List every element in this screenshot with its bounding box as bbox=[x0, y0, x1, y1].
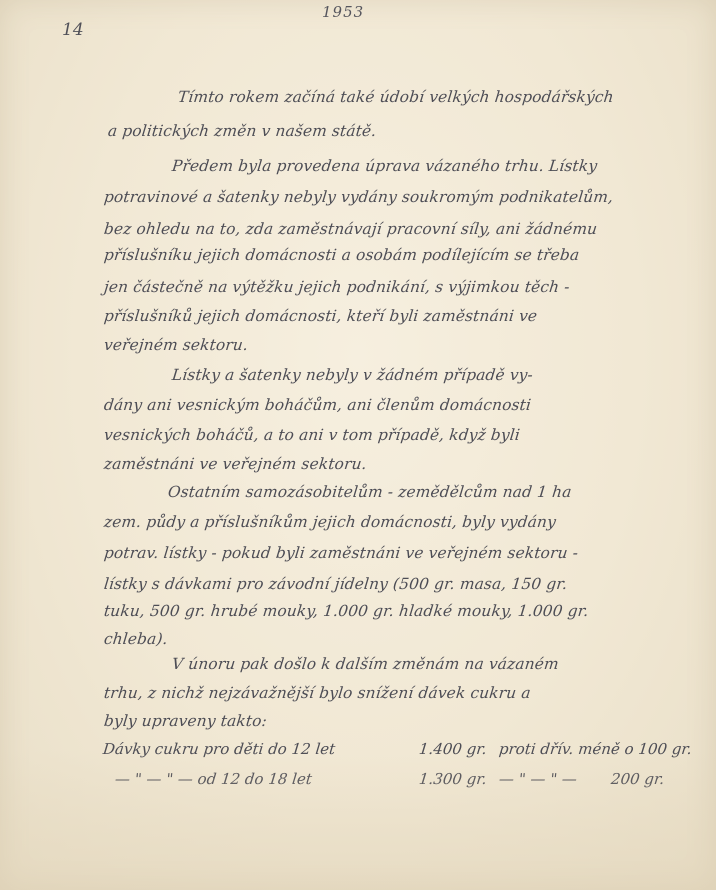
chronicle-page: 1953 14 Tímto rokem začíná také údobí ve… bbox=[0, 0, 716, 890]
text-line: potravinové a šatenky nebyly vydány souk… bbox=[103, 188, 614, 206]
text-line: veřejném sektoru. bbox=[103, 336, 249, 354]
text-line: zem. půdy a příslušníkům jejich domácnos… bbox=[103, 513, 557, 531]
ration-note: — " — " — bbox=[498, 770, 578, 788]
text-line: zaměstnáni ve veřejném sektoru. bbox=[103, 455, 368, 473]
text-line: trhu, z nichž nejzávažnější bylo snížení… bbox=[103, 684, 532, 702]
text-line: Ostatním samozásobitelům - zemědělcům na… bbox=[167, 483, 572, 501]
text-line: V únoru pak došlo k dalším změnám na váz… bbox=[171, 655, 560, 673]
text-line: byly upraveny takto: bbox=[103, 712, 268, 730]
page-year: 1953 bbox=[322, 3, 364, 21]
text-line: bez ohledu na to, zda zaměstnávají praco… bbox=[103, 220, 598, 238]
ration-group: — " — " — od 12 do 18 let bbox=[114, 770, 313, 788]
text-line: příslušníků jejich domácnosti, kteří byl… bbox=[103, 307, 538, 325]
text-line: příslušníku jejich domácnosti a osobám p… bbox=[103, 246, 580, 264]
text-line: Předem byla provedena úprava vázaného tr… bbox=[171, 157, 598, 175]
text-line: lístky s dávkami pro závodní jídelny (50… bbox=[103, 575, 568, 593]
ration-group: Dávky cukru pro děti do 12 let bbox=[102, 740, 336, 758]
text-line: Tímto rokem začíná také údobí velkých ho… bbox=[177, 88, 615, 106]
text-line: chleba). bbox=[103, 630, 169, 648]
ration-note: proti dřív. méně o 100 gr. bbox=[498, 740, 693, 758]
text-line: dány ani vesnickým boháčům, ani členům d… bbox=[103, 396, 532, 414]
text-line: Lístky a šatenky nebyly v žádném případě… bbox=[171, 366, 534, 384]
ration-amount: 1.400 gr. bbox=[418, 740, 488, 758]
text-line: potrav. lístky - pokud byli zaměstnáni v… bbox=[103, 544, 579, 562]
text-line: a politických změn v našem státě. bbox=[107, 122, 377, 140]
page-number: 14 bbox=[62, 20, 84, 40]
text-line: jen částečně na výtěžku jejich podnikání… bbox=[103, 278, 571, 296]
text-line: tuku, 500 gr. hrubé mouky, 1.000 gr. hla… bbox=[103, 602, 589, 620]
ration-note-value: 200 gr. bbox=[610, 770, 665, 788]
text-line: vesnických boháčů, a to ani v tom případ… bbox=[103, 426, 521, 444]
ration-amount: 1.300 gr. bbox=[418, 770, 488, 788]
